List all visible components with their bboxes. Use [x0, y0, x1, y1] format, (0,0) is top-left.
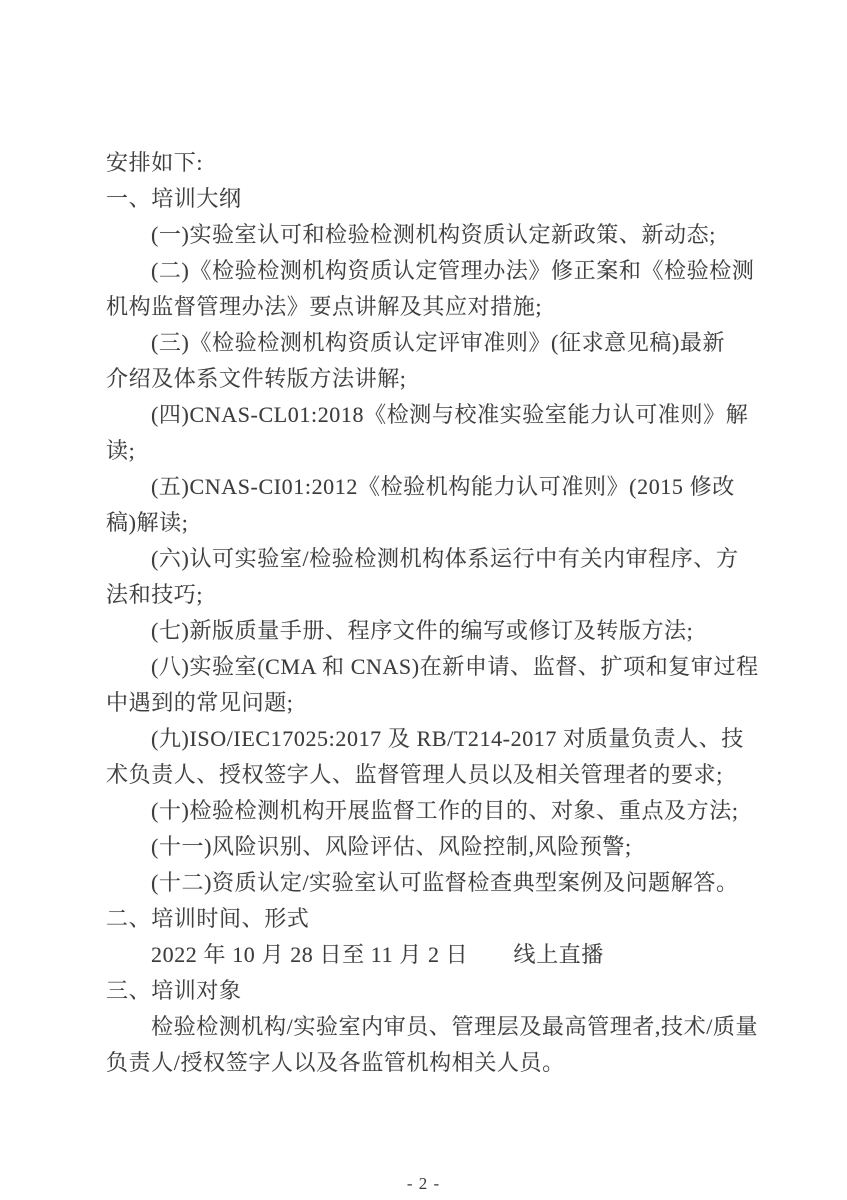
document-body: 安排如下:一、培训大纲(一)实验室认可和检验检测机构资质认定新政策、新动态;(二… — [106, 145, 786, 1081]
text-line: (四)CNAS-CL01:2018《检测与校准实验室能力认可准则》解 — [106, 397, 786, 433]
text-line: 中遇到的常见问题; — [106, 685, 786, 721]
text-line: (九)ISO/IEC17025:2017 及 RB/T214-2017 对质量负… — [106, 721, 786, 757]
text-line: 二、培训时间、形式 — [106, 901, 786, 937]
text-line: 一、培训大纲 — [106, 181, 786, 217]
text-line: 机构监督管理办法》要点讲解及其应对措施; — [106, 289, 786, 325]
text-line: 安排如下: — [106, 145, 786, 181]
text-line: (十一)风险识别、风险评估、风险控制,风险预警; — [106, 829, 786, 865]
page-number: - 2 - — [0, 1174, 847, 1194]
text-line: 2022 年 10 月 28 日至 11 月 2 日 线上直播 — [106, 937, 786, 973]
text-line: 法和技巧; — [106, 577, 786, 613]
text-line: (三)《检验检测机构资质认定评审准则》(征求意见稿)最新 — [106, 325, 786, 361]
text-line: (六)认可实验室/检验检测机构体系运行中有关内审程序、方 — [106, 541, 786, 577]
text-line: (八)实验室(CMA 和 CNAS)在新申请、监督、扩项和复审过程 — [106, 649, 786, 685]
text-line: 三、培训对象 — [106, 973, 786, 1009]
text-line: (五)CNAS-CI01:2012《检验机构能力认可准则》(2015 修改 — [106, 469, 786, 505]
text-line: (十二)资质认定/实验室认可监督检查典型案例及问题解答。 — [106, 865, 786, 901]
text-line: 负责人/授权签字人以及各监管机构相关人员。 — [106, 1045, 786, 1081]
text-line: 术负责人、授权签字人、监督管理人员以及相关管理者的要求; — [106, 757, 786, 793]
text-line: (十)检验检测机构开展监督工作的目的、对象、重点及方法; — [106, 793, 786, 829]
text-line: (二)《检验检测机构资质认定管理办法》修正案和《检验检测 — [106, 253, 786, 289]
text-line: 介绍及体系文件转版方法讲解; — [106, 361, 786, 397]
text-line: 检验检测机构/实验室内审员、管理层及最高管理者,技术/质量 — [106, 1009, 786, 1045]
document-page: 安排如下:一、培训大纲(一)实验室认可和检验检测机构资质认定新政策、新动态;(二… — [0, 0, 847, 1200]
text-line: (七)新版质量手册、程序文件的编写或修订及转版方法; — [106, 613, 786, 649]
text-line: 读; — [106, 433, 786, 469]
text-line: (一)实验室认可和检验检测机构资质认定新政策、新动态; — [106, 217, 786, 253]
text-line: 稿)解读; — [106, 505, 786, 541]
